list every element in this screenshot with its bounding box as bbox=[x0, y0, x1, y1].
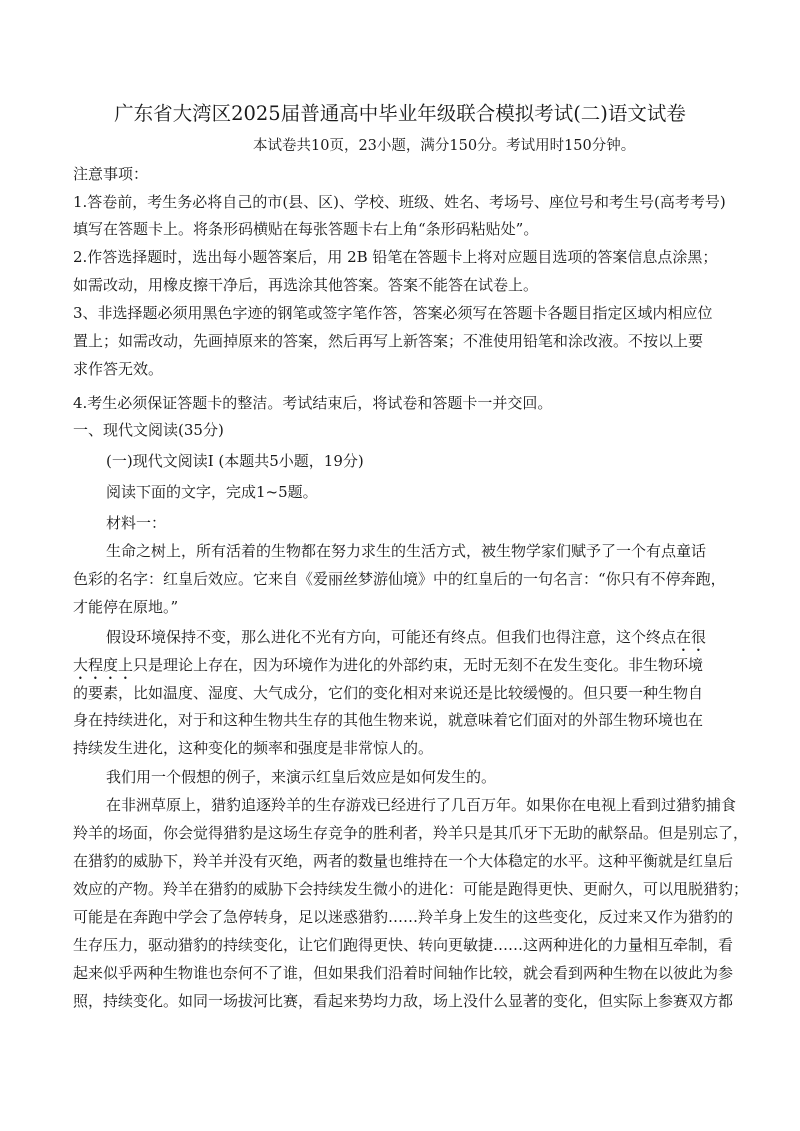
paragraph-line: 的要素，比如温度、湿度、大气成分，它们的变化相对来说还是比较缓慢的。但只要一种生… bbox=[73, 683, 703, 703]
notice-line: 1.答卷前，考生务必将自己的市(县、区)、学校、班级、姓名、考场号、座位号和考生… bbox=[73, 192, 726, 212]
text-run: 只是理论上存在，因为环境作为进化的外部约束，无时无刻不在发生变化。非生物环境 bbox=[133, 656, 703, 674]
paragraph-line: 生命之树上，所有活着的生物都在努力求生的生活方式，被生物学家们赋予了一个有点童话 bbox=[106, 541, 706, 561]
paragraph-line: 起来似乎两种生物谁也奈何不了谁，但如果我们沿着时间轴作比较，就会看到两种生物在以… bbox=[73, 963, 733, 983]
exam-page: 广东省大湾区2025届普通高中毕业年级联合模拟考试(二)语文试卷 本试卷共10页… bbox=[0, 0, 800, 1131]
notice-line: 填写在答题卡上。将条形码横贴在每张答题卡右上角“条形码粘贴处”。 bbox=[73, 219, 538, 239]
notice-line: 置上；如需改动，先画掉原来的答案，然后再写上新答案；不准使用铅笔和涂改液。不按以… bbox=[73, 331, 703, 351]
section-heading: 一、现代文阅读(35分) bbox=[73, 420, 224, 440]
paragraph-line: 色彩的名字：红皇后效应。它来自《爱丽丝梦游仙境》中的红皇后的一句名言：“你只有不… bbox=[73, 569, 726, 589]
notice-line: 2.作答选择题时，选出每小题答案后，用 2B 铅笔在答题卡上将对应题目选项的答案… bbox=[73, 247, 717, 267]
exam-subtitle: 本试卷共10页，23小题，满分150分。考试用时150分钟。 bbox=[253, 134, 635, 155]
text-run: 假设环境保持不变，那么进化不光有方向，可能还有终点。但我们也得注意，这个终点 bbox=[106, 628, 676, 646]
emphasized-text: 在很 bbox=[676, 628, 706, 646]
paragraph-line: 羚羊的场面，你会觉得猎豹是这场生存竞争的胜利者，羚羊只是其爪牙下无助的献祭品。但… bbox=[73, 823, 748, 843]
paragraph-line: 假设环境保持不变，那么进化不光有方向，可能还有终点。但我们也得注意，这个终点在很 bbox=[106, 627, 706, 655]
paragraph-line: 照，持续变化。如同一场拔河比赛，看起来势均力敌，场上没什么显著的变化，但实际上参… bbox=[73, 991, 733, 1011]
paragraph-line: 效应的产物。羚羊在猎豹的威胁下会持续发生微小的进化：可能是跑得更快、更耐久，可以… bbox=[73, 879, 748, 899]
material-label: 材料一： bbox=[106, 513, 166, 533]
paragraph-line: 身在持续进化，对于和这种生物共生存的其他生物来说，就意味着它们面对的外部生物环境… bbox=[73, 710, 703, 730]
emphasized-text: 大程度上 bbox=[73, 656, 133, 674]
paragraph-line: 我们用一个假想的例子，来演示红皇后效应是如何发生的。 bbox=[106, 767, 496, 787]
notice-heading: 注意事项： bbox=[73, 164, 148, 184]
notice-line: 3、非选择题必须用黑色字迹的钢笔或签字笔作答，答案必须写在答题卡各题目指定区域内… bbox=[73, 303, 713, 323]
exam-title: 广东省大湾区2025届普通高中毕业年级联合模拟考试(二)语文试卷 bbox=[0, 98, 800, 126]
notice-line: 求作答无效。 bbox=[73, 359, 163, 379]
paragraph-line: 可能是在奔跑中学会了急停转身，足以迷惑猎豹……羚羊身上发生的这些变化，反过来又作… bbox=[73, 907, 733, 927]
paragraph-line: 生存压力，驱动猎豹的持续变化，让它们跑得更快、转向更敏捷……这两种进化的力量相互… bbox=[73, 935, 733, 955]
notice-line: 4.考生必须保证答题卡的整洁。考试结束后，将试卷和答题卡一并交回。 bbox=[73, 393, 552, 413]
subsection-heading: (一)现代文阅读I (本题共5小题，19分) bbox=[106, 451, 364, 471]
instruction: 阅读下面的文字，完成1~5题。 bbox=[106, 482, 318, 502]
paragraph-line: 才能停在原地。” bbox=[73, 597, 178, 617]
paragraph-line: 在猎豹的威胁下，羚羊并没有灭绝，两者的数量也维持在一个大体稳定的水平。这种平衡就… bbox=[73, 851, 733, 871]
paragraph-line: 持续发生进化，这种变化的频率和强度是非常惊人的。 bbox=[73, 738, 433, 758]
paragraph-line: 在非洲草原上，猎豹追逐羚羊的生存游戏已经进行了几百万年。如果你在电视上看到过猎豹… bbox=[106, 795, 736, 815]
notice-line: 如需改动，用橡皮擦干净后，再选涂其他答案。答案不能答在试卷上。 bbox=[73, 275, 538, 295]
paragraph-line: 大程度上只是理论上存在，因为环境作为进化的外部约束，无时无刻不在发生变化。非生物… bbox=[73, 655, 703, 683]
